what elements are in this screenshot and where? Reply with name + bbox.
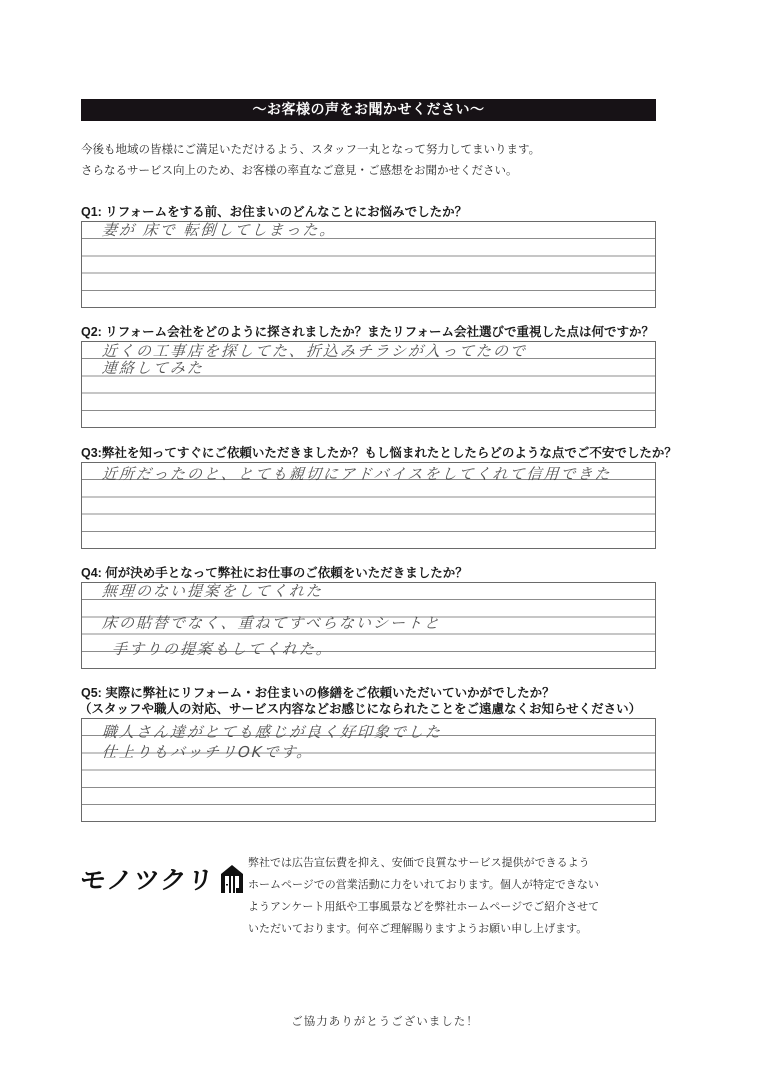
answer-box-1[interactable]: 妻が 床で 転倒してしまった。 (81, 221, 656, 308)
question-4-label: Q4: 何が決め手となって弊社にお仕事のご依頼をいただきましたか？ (81, 566, 468, 581)
answer-5-line-1: 職人さん達がとても感じが良く好印象でした (101, 721, 442, 742)
notice-line: いただいております。何卒ご理解賜りますようお願い申し上げます。 (248, 918, 668, 940)
logo-text: モノツクリ (78, 861, 216, 896)
answer-box-4[interactable]: 無理のない提案をしてくれた 床の貼替でなく、重ねてすべらないシートと 手すりの提… (81, 582, 656, 669)
company-logo: モノツクリ (80, 860, 244, 897)
notice-line: 弊社では広告宣伝費を抑え、安価で良質なサービス提供ができるよう (248, 852, 668, 874)
answer-box-3[interactable]: 近所だったのと、とても親切にアドバイスをしてくれて信用できた (81, 462, 656, 549)
thank-you-message: ご協力ありがとうございました！ (0, 1013, 770, 1029)
intro-line: 今後も地域の皆様にご満足いただけるよう、スタッフ一丸となって努力してまいります。 (81, 139, 661, 160)
house-icon (220, 864, 244, 894)
question-2-label: Q2: リフォーム会社をどのように探されましたか？またリフォーム会社選びで重視し… (81, 325, 654, 340)
intro-text: 今後も地域の皆様にご満足いただけるよう、スタッフ一丸となって努力してまいります。… (81, 139, 661, 181)
answer-2-line-2: 連絡してみた (101, 357, 204, 378)
notice-line: ホームページでの営業活動に力をいれております。個人が特定できない (248, 874, 668, 896)
question-5-sublabel: （スタッフや職人の対応、サービス内容などお感じになられたことをご遠慮なくお知らせ… (79, 702, 641, 717)
privacy-notice: 弊社では広告宣伝費を抑え、安価で良質なサービス提供ができるよう ホームページでの… (248, 852, 668, 940)
intro-line: さらなるサービス向上のため、お客様の率直なご意見・ご感想をお聞かせください。 (81, 160, 661, 181)
answer-4-line-3: 手すりの提案もしてくれた。 (111, 638, 333, 659)
answer-4-line-1: 無理のない提案をしてくれた (101, 580, 323, 601)
question-1-label: Q1: リフォームをする前、お住まいのどんなことにお悩みでしたか？ (81, 205, 467, 220)
answer-box-2[interactable]: 近くの工事店を探してた、折込みチラシが入ってたので 連絡してみた (81, 341, 656, 428)
answer-4-line-2: 床の貼替でなく、重ねてすべらないシートと (101, 612, 441, 633)
answer-box-5[interactable]: 職人さん達がとても感じが良く好印象でした 仕上りもバッチリOKです。 (81, 718, 656, 822)
question-5-label: Q5: 実際に弊社にリフォーム・お住まいの修繕をご依頼いただいていかがでしたか？ (81, 686, 555, 701)
survey-title: ～お客様の声をお聞かせください～ (253, 102, 485, 118)
survey-title-bar: ～お客様の声をお聞かせください～ (81, 99, 656, 121)
answer-3-line-1: 近所だったのと、とても親切にアドバイスをしてくれて信用できた (101, 463, 612, 484)
answer-1-line-1: 妻が 床で 転倒してしまった。 (101, 219, 337, 240)
answer-5-line-2: 仕上りもバッチリOKです。 (101, 741, 314, 762)
question-3-label: Q3:弊社を知ってすぐにご依頼いただきましたか？もし悩まれたとしたらどのような点… (81, 446, 677, 461)
notice-line: ようアンケート用紙や工事風景などを弊社ホームページでご紹介させて (248, 896, 668, 918)
